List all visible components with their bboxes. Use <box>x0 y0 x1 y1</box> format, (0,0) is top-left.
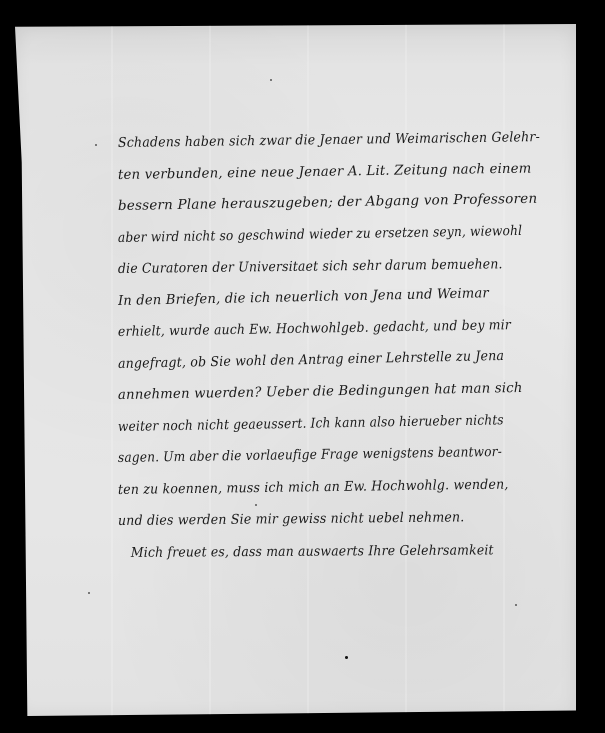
letter-line: und dies werden Sie mir gewiss nicht ueb… <box>118 501 555 537</box>
letter-line: aber wird nicht so geschwind wieder zu e… <box>118 215 541 254</box>
letter-line: sagen. Um aber die vorlaeufige Frage wen… <box>118 436 541 474</box>
paper-speck <box>88 592 90 594</box>
letter-line: ten zu koennen, muss ich mich an Ew. Hoc… <box>118 468 555 506</box>
paper-speck <box>95 144 97 146</box>
paper-speck <box>270 79 272 81</box>
scan-background: Schadens haben sich zwar die Jenaer und … <box>0 0 605 733</box>
letter-body: Schadens haben sich zwar die Jenaer und … <box>118 128 588 569</box>
paper-speck <box>515 604 517 606</box>
letter-line: Mich freuet es, dass man auswaerts Ihre … <box>118 534 551 569</box>
paper-speck <box>345 656 348 659</box>
